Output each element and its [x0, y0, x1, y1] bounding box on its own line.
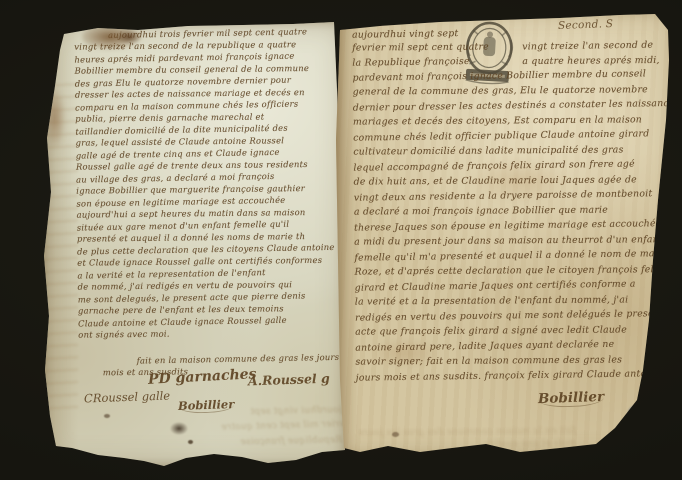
manuscript-photo: aujourdhui vingt septfevrier mil sept ce… — [0, 0, 682, 480]
right-page-body: pardevant moi françois ignace Bobillier … — [352, 67, 669, 385]
signature-roussel-a: A.Roussel g — [248, 371, 330, 389]
signature-bobillier-left: Bobillier — [178, 397, 235, 414]
ink-speck — [392, 432, 399, 437]
paper-stain — [44, 86, 66, 150]
signature-bobillier-right: Bobillier — [538, 389, 605, 408]
bleedthrough-text: aujourdhui vingt septfevrier mil sept ce… — [53, 402, 355, 476]
left-manuscript-page: aujourdhui vingt septfevrier mil sept ce… — [38, 20, 348, 468]
signature-roussel-c: CRoussel galle — [84, 389, 171, 406]
ink-speck — [188, 440, 193, 444]
right-page-beside-stamp: vingt treize l'an second dea quatre heur… — [522, 39, 660, 69]
bleedthrough-line: fait en la maison commune des gras les j… — [356, 425, 576, 440]
left-page-text: aujourdhui trois fevrier mil sept cent q… — [74, 25, 347, 379]
right-manuscript-page: fait en la maison commune des gras les j… — [330, 8, 678, 460]
blue-ink-mark — [625, 403, 639, 418]
bleedthrough-line: la Republique françoise — [54, 433, 354, 455]
bleedthrough-texture — [40, 78, 78, 414]
manuscript-line: jours mois et ans susdits. françoix feli… — [356, 366, 670, 386]
bleedthrough-line: mois et ans susdits — [356, 437, 576, 454]
manuscript-line: ont signés avec moi. — [78, 326, 346, 341]
manuscript-line: vingt treize l'an second de — [522, 38, 660, 55]
left-page-body: aujourdhui trois fevrier mil sept cent q… — [74, 25, 346, 341]
right-page-text: aujourdhui vingt septfevrier mil sept ce… — [352, 25, 670, 385]
bleedthrough-text: fait en la maison commune des gras les j… — [356, 424, 576, 453]
ink-speck — [104, 414, 110, 418]
bleedthrough-line: fevrier mil sept cent quatre — [54, 417, 354, 441]
ink-smudge — [170, 422, 188, 435]
